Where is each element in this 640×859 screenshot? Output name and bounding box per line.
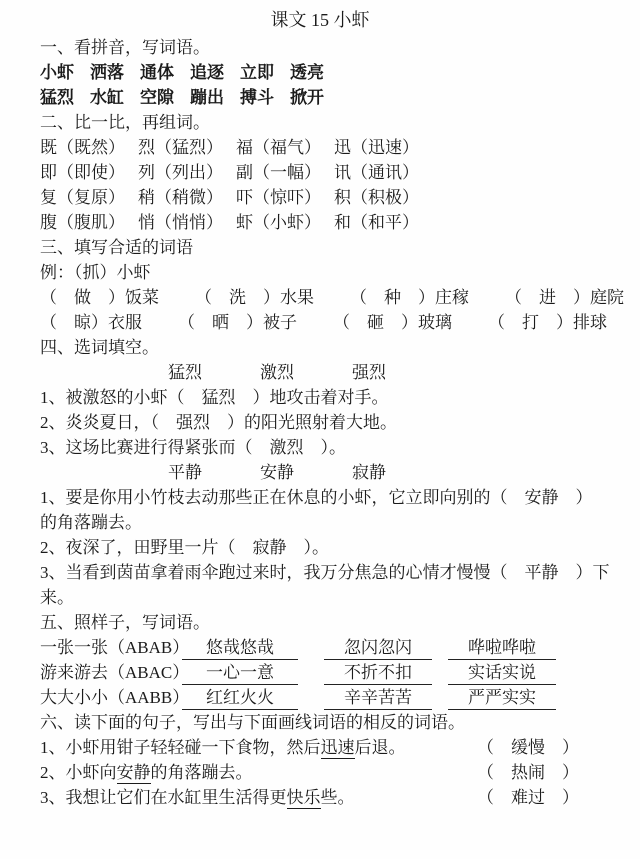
section-3-example: 例：（抓）小虾	[40, 260, 614, 285]
sentence-post: 些。	[321, 788, 355, 807]
answer-word: 追逐	[190, 60, 224, 85]
antonym-item: 2、小虾向安静的角落蹦去。 （ 热闹 ）	[40, 760, 614, 785]
section-1-answer-row-2: 猛烈水缸空隙蹦出搏斗掀开	[40, 85, 614, 110]
section-1-heading: 一、看拼音，写词语。	[40, 35, 614, 60]
worksheet-page: 课文 15 小虾 一、看拼音，写词语。 小虾洒落通体追逐立即透亮 猛烈水缸空隙蹦…	[0, 0, 640, 859]
section-choose-words: 四、选词填空。 猛烈激烈强烈 1、被激怒的小虾（ 猛烈 ）地攻击着对手。 2、炎…	[40, 335, 614, 610]
char-word-pair: 迅（迅速）	[334, 135, 419, 160]
underlined-word: 迅速	[321, 738, 355, 759]
compare-row: 既（既然）烈（猛烈）福（福气）迅（迅速）	[40, 135, 614, 160]
blank-answer: 严严实实	[448, 686, 556, 710]
blank-answer: 一心一意	[182, 661, 298, 685]
section-pattern-words: 五、照样子，写词语。 一张一张（ABAB） 悠哉悠哉 忽闪忽闪 哗啦哗啦 游来游…	[40, 610, 614, 710]
section-4-heading: 四、选词填空。	[40, 335, 614, 360]
antonym-answer: （ 缓慢 ）	[477, 735, 579, 760]
verb-noun-pair: （ 种 ）庄稼	[350, 285, 469, 310]
section-2-heading: 二、比一比，再组词。	[40, 110, 614, 135]
answer-word: 通体	[140, 60, 174, 85]
section-fill-words: 三、填写合适的词语 例：（抓）小虾 （ 做 ）饭菜（ 洗 ）水果（ 种 ）庄稼（…	[40, 235, 614, 335]
pattern-prompt: 大大小小（AABB）	[40, 685, 182, 710]
pattern-row: 大大小小（AABB） 红红火火 辛辛苦苦 严严实实	[40, 685, 614, 710]
answer-word: 立即	[240, 60, 274, 85]
char-word-pair: 稍（稍微）	[138, 185, 223, 210]
char-word-pair: 福（福气）	[236, 135, 321, 160]
choose-question: 2、夜深了，田野里一片（ 寂静 ）。	[40, 535, 614, 560]
blank-answer: 忽闪忽闪	[324, 636, 432, 660]
blank-answer: 不折不扣	[324, 661, 432, 685]
blank-answer: 哗啦哗啦	[448, 636, 556, 660]
bank-word: 激烈	[260, 360, 294, 385]
bank-word: 平静	[168, 460, 202, 485]
char-word-pair: 吓（惊吓）	[236, 185, 321, 210]
compare-row: 即（即使）列（列出）副（一幅）讯（通讯）	[40, 160, 614, 185]
answer-word: 透亮	[290, 60, 324, 85]
underlined-word: 安静	[117, 763, 151, 784]
char-word-pair: 积（积极）	[334, 185, 419, 210]
char-word-pair: 和（和平）	[334, 210, 419, 235]
answer-word: 蹦出	[190, 85, 224, 110]
antonym-item: 3、我想让它们在水缸里生活得更快乐些。 （ 难过 ）	[40, 785, 614, 810]
section-antonyms: 六、读下面的句子，写出与下面画线词语的相反的词语。 1、小虾用钳子轻轻碰一下食物…	[40, 710, 614, 810]
answer-word: 搏斗	[240, 85, 274, 110]
char-word-pair: 既（既然）	[40, 135, 125, 160]
char-word-pair: 复（复原）	[40, 185, 125, 210]
word-bank: 平静安静寂静	[40, 460, 614, 485]
char-word-pair: 副（一幅）	[236, 160, 321, 185]
blank-answer: 辛辛苦苦	[324, 686, 432, 710]
char-word-pair: 列（列出）	[138, 160, 223, 185]
answer-word: 空隙	[140, 85, 174, 110]
pattern-row: 游来游去（ABAC） 一心一意 不折不扣 实话实说	[40, 660, 614, 685]
section-pinyin-words: 一、看拼音，写词语。 小虾洒落通体追逐立即透亮 猛烈水缸空隙蹦出搏斗掀开	[40, 35, 614, 110]
fill-row: （ 做 ）饭菜（ 洗 ）水果（ 种 ）庄稼（ 进 ）庭院	[40, 285, 614, 310]
page-title: 课文 15 小虾	[26, 7, 614, 33]
bank-word: 安静	[260, 460, 294, 485]
section-3-heading: 三、填写合适的词语	[40, 235, 614, 260]
pattern-prompt: 一张一张（ABAB）	[40, 635, 182, 660]
choose-question: 1、要是你用小竹枝去动那些正在休息的小虾，它立即向别的（ 安静 ）	[40, 485, 614, 510]
char-word-pair: 腹（腹肌）	[40, 210, 125, 235]
verb-noun-pair: （ 做 ）饭菜	[40, 285, 159, 310]
pattern-prompt: 游来游去（ABAC）	[40, 660, 182, 685]
char-word-pair: 虾（小虾）	[236, 210, 321, 235]
sentence-pre: 1、小虾用钳子轻轻碰一下食物，然后	[40, 738, 321, 757]
pattern-row: 一张一张（ABAB） 悠哉悠哉 忽闪忽闪 哗啦哗啦	[40, 635, 614, 660]
section-6-heading: 六、读下面的句子，写出与下面画线词语的相反的词语。	[40, 710, 614, 735]
char-word-pair: 悄（悄悄）	[138, 210, 223, 235]
char-word-pair: 烈（猛烈）	[138, 135, 223, 160]
blank-answer: 实话实说	[448, 661, 556, 685]
choose-question: 2、炎炎夏日，（ 强烈 ）的阳光照射着大地。	[40, 410, 614, 435]
choose-question-wrap: 的角落蹦去。	[40, 510, 614, 535]
compare-row: 复（复原）稍（稍微）吓（惊吓）积（积极）	[40, 185, 614, 210]
antonym-item: 1、小虾用钳子轻轻碰一下食物，然后迅速后退。 （ 缓慢 ）	[40, 735, 614, 760]
choose-question: 3、这场比赛进行得紧张而（ 激烈 ）。	[40, 435, 614, 460]
verb-noun-pair: （ 晒 ）被子	[178, 310, 297, 335]
underlined-word: 快乐	[287, 788, 321, 809]
verb-noun-pair: （ 洗 ）水果	[195, 285, 314, 310]
section-5-heading: 五、照样子，写词语。	[40, 610, 614, 635]
bank-word: 猛烈	[168, 360, 202, 385]
antonym-answer: （ 热闹 ）	[477, 760, 579, 785]
answer-word: 猛烈	[40, 85, 74, 110]
sentence-pre: 3、我想让它们在水缸里生活得更	[40, 788, 287, 807]
verb-noun-pair: （ 打 ）排球	[488, 310, 607, 335]
section-compare-words: 二、比一比，再组词。 既（既然）烈（猛烈）福（福气）迅（迅速） 即（即使）列（列…	[40, 110, 614, 235]
bank-word: 寂静	[352, 460, 386, 485]
antonym-answer: （ 难过 ）	[477, 785, 579, 810]
verb-noun-pair: （ 进 ）庭院	[505, 285, 624, 310]
sentence-post: 后退。	[355, 738, 406, 757]
blank-answer: 红红火火	[182, 686, 298, 710]
answer-word: 小虾	[40, 60, 74, 85]
section-1-answer-row-1: 小虾洒落通体追逐立即透亮	[40, 60, 614, 85]
answer-word: 掀开	[290, 85, 324, 110]
verb-noun-pair: （ 砸 ）玻璃	[333, 310, 452, 335]
answer-word: 洒落	[90, 60, 124, 85]
sentence-pre: 2、小虾向	[40, 763, 117, 782]
choose-question: 1、被激怒的小虾（ 猛烈 ）地攻击着对手。	[40, 385, 614, 410]
char-word-pair: 讯（通讯）	[334, 160, 419, 185]
char-word-pair: 即（即使）	[40, 160, 125, 185]
fill-row: （ 晾）衣服（ 晒 ）被子（ 砸 ）玻璃（ 打 ）排球	[40, 310, 614, 335]
word-bank: 猛烈激烈强烈	[40, 360, 614, 385]
bank-word: 强烈	[352, 360, 386, 385]
verb-noun-pair: （ 晾）衣服	[40, 310, 142, 335]
choose-question: 3、当看到茵苗拿着雨伞跑过来时，我万分焦急的心情才慢慢（ 平静 ）下	[40, 560, 614, 585]
sentence-post: 的角落蹦去。	[151, 763, 253, 782]
compare-row: 腹（腹肌）悄（悄悄）虾（小虾）和（和平）	[40, 210, 614, 235]
choose-question-wrap: 来。	[40, 585, 614, 610]
answer-word: 水缸	[90, 85, 124, 110]
blank-answer: 悠哉悠哉	[182, 636, 298, 660]
